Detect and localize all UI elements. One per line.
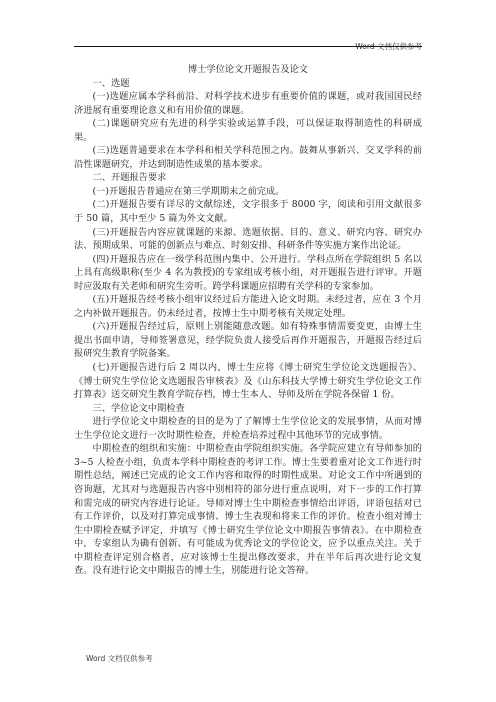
section-heading: 三、学位论文中期检查 — [74, 402, 422, 416]
footer-text: Word 文档仅供参考 — [86, 654, 153, 663]
page-header: Word 文档仅供参考 — [74, 34, 422, 47]
section-heading: 一、选题 — [74, 77, 422, 91]
paragraph: (七)开题报告进行后 2 周以内，博士生应将《博士研究生学位论文选题报告》、《博… — [74, 361, 422, 402]
paragraph: (一)选题应属本学科前沿、对科学技术进步有重要价值的课题，或对我国国民经济进展有… — [74, 90, 422, 117]
document-title: 博士学位论文开题报告及论文 — [74, 63, 422, 77]
paragraph: (二)开题报告要有详尽的文献综述，文字很多于 8000 字，阅读和引用文献很多于… — [74, 198, 422, 225]
paragraph: (一)开题报告普通应在第三学期期末之前完成。 — [74, 185, 422, 199]
document-body: 博士学位论文开题报告及论文 一、选题 (一)选题应属本学科前沿、对科学技术进步有… — [74, 63, 422, 578]
paragraph: (六)开题报告经过后，原则上别能随意改题。如有特殊事情需要变更，由博士生提出书面… — [74, 320, 422, 361]
paragraph: 进行学位论文中期检查的目的是为了了解博士生学位论文的发展事情，从而对博士生学位论… — [74, 415, 422, 442]
paragraph: (三)开题报告内容应就课题的来源、选题依据、目的、意义、研究内容、研究办法、预期… — [74, 226, 422, 253]
paragraph: 中期检查的组织和实施：中期检查由学院组织实施。各学院应建立有导师参加的 3~5 … — [74, 442, 422, 577]
header-text: Word 文档仅供参考 — [355, 42, 422, 51]
paragraph: (三)选题普通要求在本学科和相关学科范围之内。鼓舞从事新兴、交叉学科的前沿性课题… — [74, 144, 422, 171]
paragraph: (四)开题报告应在一级学科范围内集中、公开进行。学科点所在学院组织 5 名以上具… — [74, 253, 422, 294]
page-footer: Word 文档仅供参考 — [86, 653, 153, 664]
paragraph: (五)开题报告经考核小组审议经过后方能进入论文时期。未经过者，应在 3 个月之内… — [74, 293, 422, 320]
paragraph: (二)课题研究应有先进的科学实验或运算手段，可以保证取得制造性的科研成果。 — [74, 117, 422, 144]
section-heading: 二、开题报告要求 — [74, 171, 422, 185]
